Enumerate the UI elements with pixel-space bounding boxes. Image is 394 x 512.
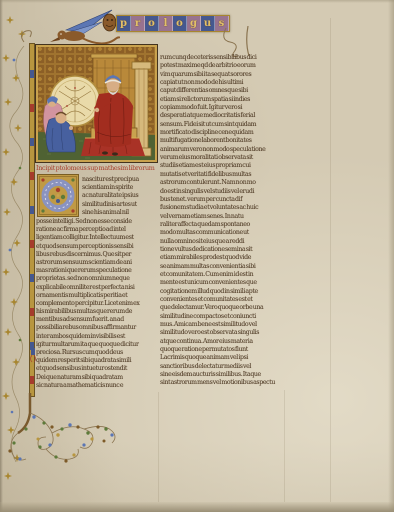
text-line: et quod sensibus intuetur ostendit — [36, 365, 158, 373]
text-line: desperati atque mediocritatis ferial — [160, 112, 286, 120]
title-letter: g — [187, 16, 201, 31]
title-letter: r — [131, 16, 145, 31]
title-letter: p — [117, 16, 131, 31]
scan-edge-top — [0, 0, 394, 3]
text-line: sine eisdem aucturis similibus. Itaque — [160, 371, 286, 379]
text-line: raliter affecta quedam spontaneo — [160, 221, 286, 229]
text-line: quidem resperit sibi quadrata simili — [36, 357, 158, 365]
text-line: do est in singulis vel studiis vel erudi — [160, 188, 286, 196]
text-line: atque continua. Amor eius materia — [160, 338, 286, 346]
text-line: complemento percipitur. Licet enim ex — [36, 300, 158, 308]
text-line: posse intelligi. Sed non esse conside — [36, 218, 158, 226]
text-line: nascitur est precipua — [82, 176, 158, 184]
text-line: mas rationi que rerum speculatione — [36, 267, 158, 275]
text-line: cogitationem illud quod in simili apte — [160, 288, 286, 296]
text-line: quoque ratione permutatos fiunt — [160, 346, 286, 354]
decorated-initial — [37, 174, 79, 217]
ruling-line — [330, 18, 331, 502]
text-line: astrorum sensuum scientiam de ani — [36, 259, 158, 267]
text-line: explicabile omniliter est perfecta nisi — [36, 284, 158, 292]
text-line: studiis etiam est eius propriam cui — [160, 162, 286, 170]
text-line: sanctioribus delectatur mediis vel — [160, 363, 286, 371]
title-letter: o — [145, 16, 159, 31]
manuscript-page: prologus — [0, 0, 394, 512]
text-line: se animam multas convenientia sibi — [160, 263, 286, 271]
text-line: ornamentis multiplicatis peritia et — [36, 292, 158, 300]
scan-edge-left — [0, 0, 3, 512]
text-line: possibilia rebus omnibus affirmantur — [36, 324, 158, 332]
text-line: similitudine compactos et coniuncti — [160, 313, 286, 321]
text-line: etiam si relictorum spatia si indies — [160, 96, 286, 104]
text-line: mente est unicum convenientes que — [160, 279, 286, 287]
text-line: nulla omnino sit eius que a reddi — [160, 238, 286, 246]
text-line: similitudinis artes ut — [82, 201, 158, 209]
text-line: ratione ac firma perceptio ad intel — [36, 226, 158, 234]
text-line: sint astrorum mens vel motionibus aspect… — [160, 379, 286, 387]
text-line: sensum. Fidei sit ut cum sint quidam — [160, 121, 286, 129]
text-line: caput differentias omnesque sibi — [160, 87, 286, 95]
text-line: vim quarum sibi ita sequat sorores — [160, 71, 286, 79]
title-letter: l — [159, 16, 173, 31]
text-line: his mirabilibus multas que rerum de — [36, 308, 158, 316]
border-bar — [30, 44, 34, 396]
text-line: mutatis et veritati fidelibus multas — [160, 171, 286, 179]
text-line: ligentiam colligitur. Intellectuum est — [36, 234, 158, 242]
text-line: capiat ut non modo de his ultimi — [160, 79, 286, 87]
miniature-astronomer-scene — [35, 44, 158, 163]
text-line: mortificato discipline cene quidam — [160, 129, 286, 137]
text-line: etiam mirabiles prodest quod vide — [160, 254, 286, 262]
left-column-text: posse intelligi. Sed non esse considerat… — [36, 218, 158, 392]
right-column-text: rum cunq de ceteris sensibilibus dicipot… — [160, 54, 286, 390]
text-line: ac naturalitate ipsius — [82, 192, 158, 200]
text-line: mentibus ad sensum fuerit. an ad — [36, 316, 158, 324]
text-line: similitudo vero est observata singulis — [160, 329, 286, 337]
title-band: prologus — [116, 15, 230, 32]
text-line: rum cunq de ceteris sensibilibus dici — [160, 54, 286, 62]
grotesque-head-icon — [102, 13, 117, 32]
text-line: scientiam in spirite — [82, 184, 158, 192]
scan-edge-right — [388, 0, 394, 512]
text-line: copiam modo fuit. Igitur vero si — [160, 104, 286, 112]
text-line: inter ambos quidem invisibilis est — [36, 333, 158, 341]
text-line: Lacrimis quoque animam vel ipsi — [160, 354, 286, 362]
text-line: potest maxime qd de arbitrio eorum — [160, 62, 286, 70]
rubric-incipit: Incipit ptolomeus sup mathesim librorum — [36, 163, 160, 173]
text-line: libus rebus discernimus. Que sit per — [36, 251, 158, 259]
text-line: modo multas communicatione ut — [160, 229, 286, 237]
paragraph-flourish — [28, 347, 37, 363]
text-line: que delectamur. Vero quoque orbe una — [160, 304, 286, 312]
text-line: sine his animal nil — [82, 209, 158, 217]
title-letter: o — [173, 16, 187, 31]
scan-edge-bottom — [0, 502, 394, 512]
ruling-line — [158, 392, 159, 502]
text-line: et quod sensum perceptionis sensibi — [36, 243, 158, 251]
text-line: preciosa. Rursus cum quod deus — [36, 349, 158, 357]
text-line: verum eius moralitati observata sit — [160, 154, 286, 162]
text-line: multifugatione laborent bonitates — [160, 137, 286, 145]
text-line: convenientes et comunitates est et — [160, 296, 286, 304]
text-line: bus tenet. verum per cuncta dif — [160, 196, 286, 204]
vine-spray — [0, 383, 140, 475]
text-line: animarum vero non modo speculatione — [160, 146, 286, 154]
title-letter: u — [201, 16, 215, 31]
text-line: Dei que naturam sibi quadratam — [36, 374, 158, 382]
text-line: mus. Amicam bene est similitudo vel — [160, 321, 286, 329]
text-line: astrorum contulerunt. Nam non mo — [160, 179, 286, 187]
left-column-beside-initial: nascitur est precipuascientiam in spirit… — [82, 176, 158, 218]
text-line: fusionem studia et voluntates ac huic — [160, 204, 286, 212]
text-line: vel vernam etiam senes. In natu — [160, 213, 286, 221]
text-line: proprietas. sed non omnium neque — [36, 275, 158, 283]
text-line: tione vultus dedicatione semina sit — [160, 246, 286, 254]
text-line: et comunitatem. Cum enim id est in — [160, 271, 286, 279]
text-line: igitur multarum ita que quoque dicitur — [36, 341, 158, 349]
ruling-line — [284, 390, 285, 502]
